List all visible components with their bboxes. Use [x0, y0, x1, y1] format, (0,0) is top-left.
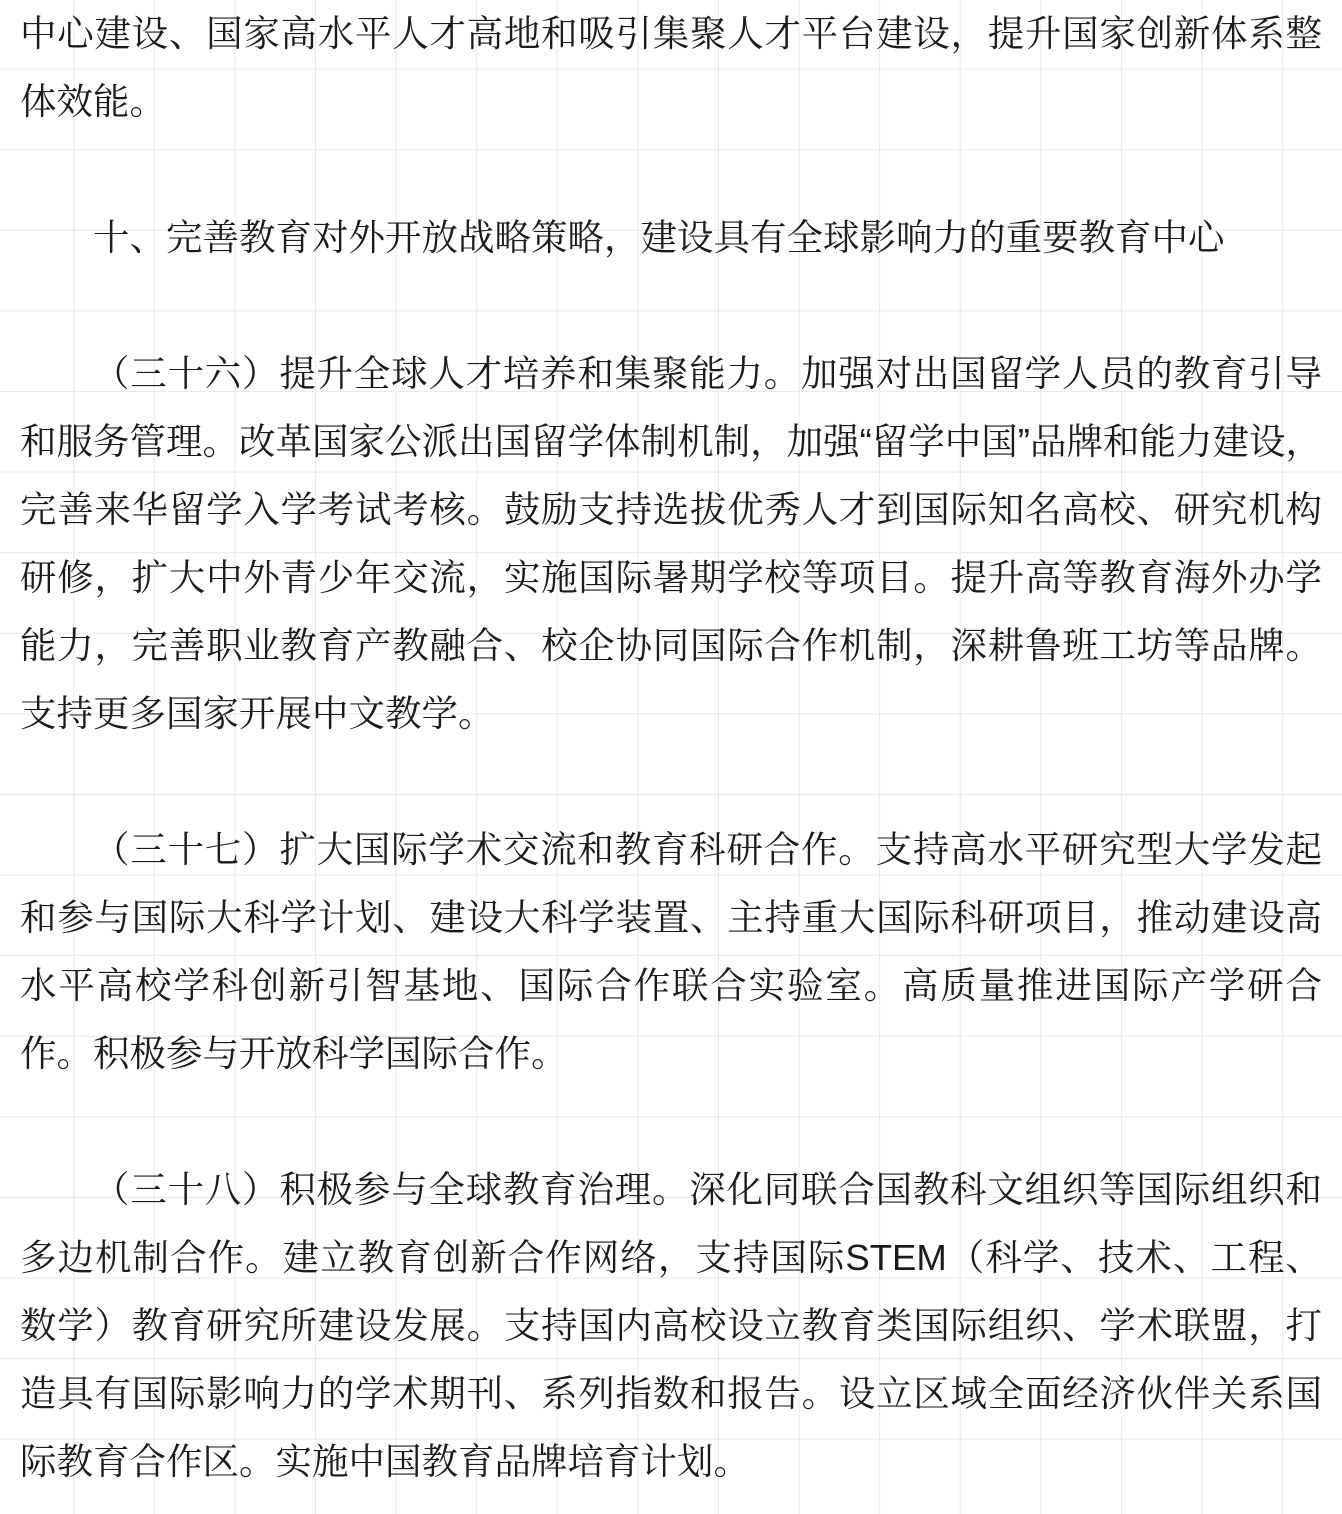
paragraph-continuation: 中心建设、国家高水平人才高地和吸引集聚人才平台建设，提升国家创新体系整体效能。 — [20, 0, 1322, 136]
section-heading-10: 十、完善教育对外开放战略策略，建设具有全球影响力的重要教育中心 — [20, 204, 1322, 272]
paragraph-38: （三十八）积极参与全球教育治理。深化同联合国教科文组织等国际组织和多边机制合作。… — [20, 1156, 1322, 1496]
paragraph-37: （三十七）扩大国际学术交流和教育科研合作。支持高水平研究型大学发起和参与国际大科… — [20, 816, 1322, 1088]
document-page: 中心建设、国家高水平人才高地和吸引集聚人才平台建设，提升国家创新体系整体效能。 … — [0, 0, 1342, 1514]
paragraph-36: （三十六）提升全球人才培养和集聚能力。加强对出国留学人员的教育引导和服务管理。改… — [20, 340, 1322, 748]
